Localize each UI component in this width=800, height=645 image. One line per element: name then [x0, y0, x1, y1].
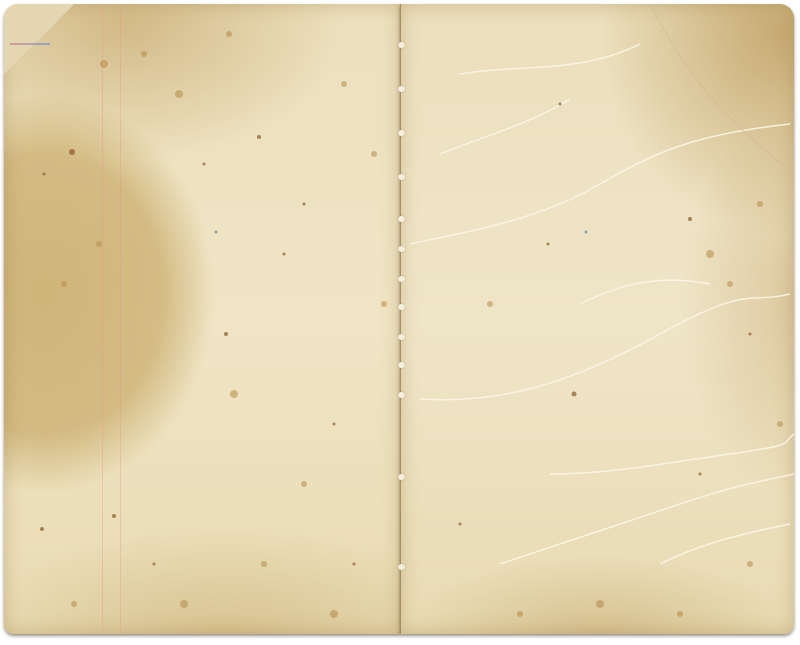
- left-page: [4, 4, 400, 634]
- right-page-texture: [400, 4, 794, 634]
- stitch: [398, 564, 405, 570]
- stitch: [398, 362, 405, 368]
- spine-stitching: [398, 4, 404, 634]
- stitch: [398, 304, 405, 310]
- left-page-speckles: [4, 4, 400, 634]
- stitch: [398, 174, 405, 180]
- stitch: [398, 276, 405, 282]
- open-notebook: [4, 4, 796, 638]
- stitch: [398, 246, 405, 252]
- stitch: [398, 216, 405, 222]
- stitch: [398, 86, 405, 92]
- right-page: [400, 4, 794, 634]
- stitch: [398, 42, 405, 48]
- spine-fold: [400, 4, 401, 634]
- stitch: [398, 474, 405, 480]
- stitch: [398, 334, 405, 340]
- stitch: [398, 392, 405, 398]
- stitch: [398, 130, 405, 136]
